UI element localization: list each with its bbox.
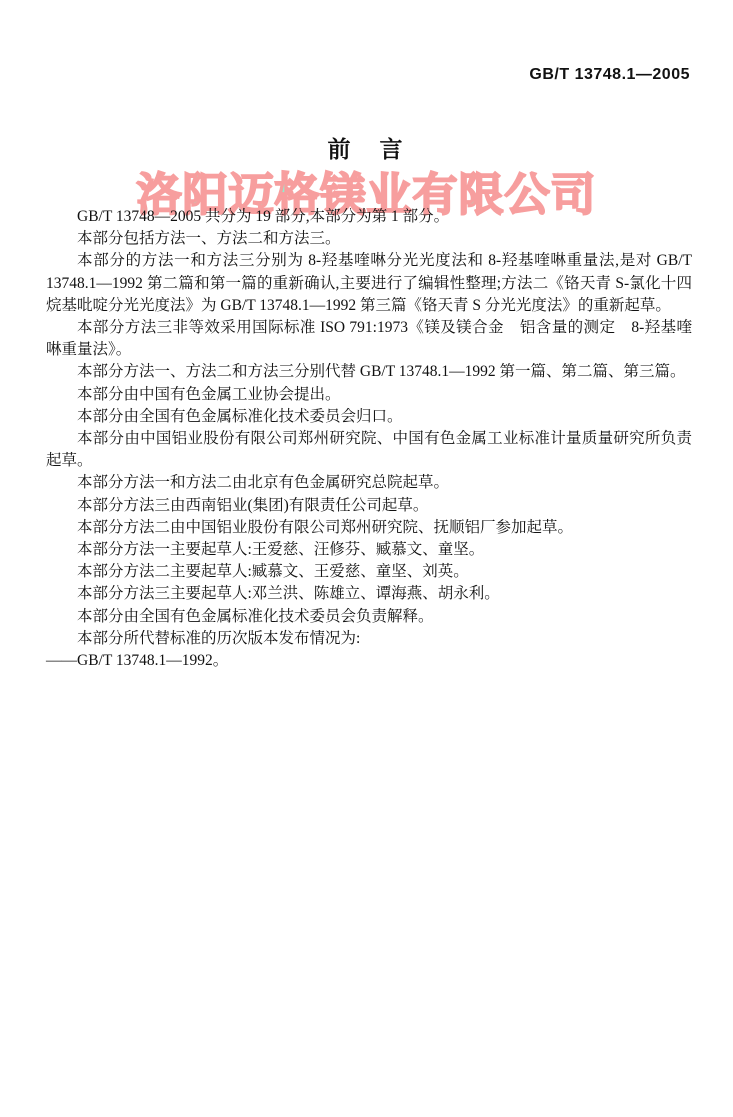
- doc-number: GB/T 13748.1—2005: [529, 66, 690, 84]
- foreword-body: GB/T 13748—2005 共分为 19 部分,本部分为第 1 部分。 本部…: [46, 206, 692, 672]
- paragraph: 本部分方法二主要起草人:臧慕文、王爱慈、童坚、刘英。: [46, 561, 692, 583]
- standard-document-page: { "page": { "doc_number": "GB/T 13748.1—…: [0, 0, 733, 1117]
- paragraph: 本部分方法三主要起草人:邓兰洪、陈雄立、谭海燕、胡永利。: [46, 583, 692, 605]
- page-title: 前 言: [0, 131, 733, 164]
- paragraph: 本部分由中国铝业股份有限公司郑州研究院、中国有色金属工业标准计量质量研究所负责起…: [46, 428, 692, 472]
- paragraph: GB/T 13748—2005 共分为 19 部分,本部分为第 1 部分。: [46, 206, 692, 228]
- paragraph: 本部分由全国有色金属标准化技术委员会负责解释。: [46, 606, 692, 628]
- paragraph: 本部分方法一和方法二由北京有色金属研究总院起草。: [46, 472, 692, 494]
- paragraph: 本部分方法三非等效采用国际标准 ISO 791:1973《镁及镁合金 铝含量的测…: [46, 317, 692, 361]
- paragraph: 本部分由中国有色金属工业协会提出。: [46, 384, 692, 406]
- paragraph: 本部分由全国有色金属标准化技术委员会归口。: [46, 406, 692, 428]
- paragraph: 本部分所代替标准的历次版本发布情况为:: [46, 628, 692, 650]
- paragraph: 本部分方法二由中国铝业股份有限公司郑州研究院、抚顺铝厂参加起草。: [46, 517, 692, 539]
- paragraph: 本部分方法三由西南铝业(集团)有限责任公司起草。: [46, 495, 692, 517]
- paragraph: ——GB/T 13748.1—1992。: [46, 650, 692, 672]
- paragraph: 本部分方法一主要起草人:王爱慈、汪修芬、臧慕文、童坚。: [46, 539, 692, 561]
- paragraph: 本部分包括方法一、方法二和方法三。: [46, 228, 692, 250]
- paragraph: 本部分的方法一和方法三分别为 8-羟基喹啉分光光度法和 8-羟基喹啉重量法,是对…: [46, 250, 692, 317]
- paragraph: 本部分方法一、方法二和方法三分别代替 GB/T 13748.1—1992 第一篇…: [46, 361, 692, 383]
